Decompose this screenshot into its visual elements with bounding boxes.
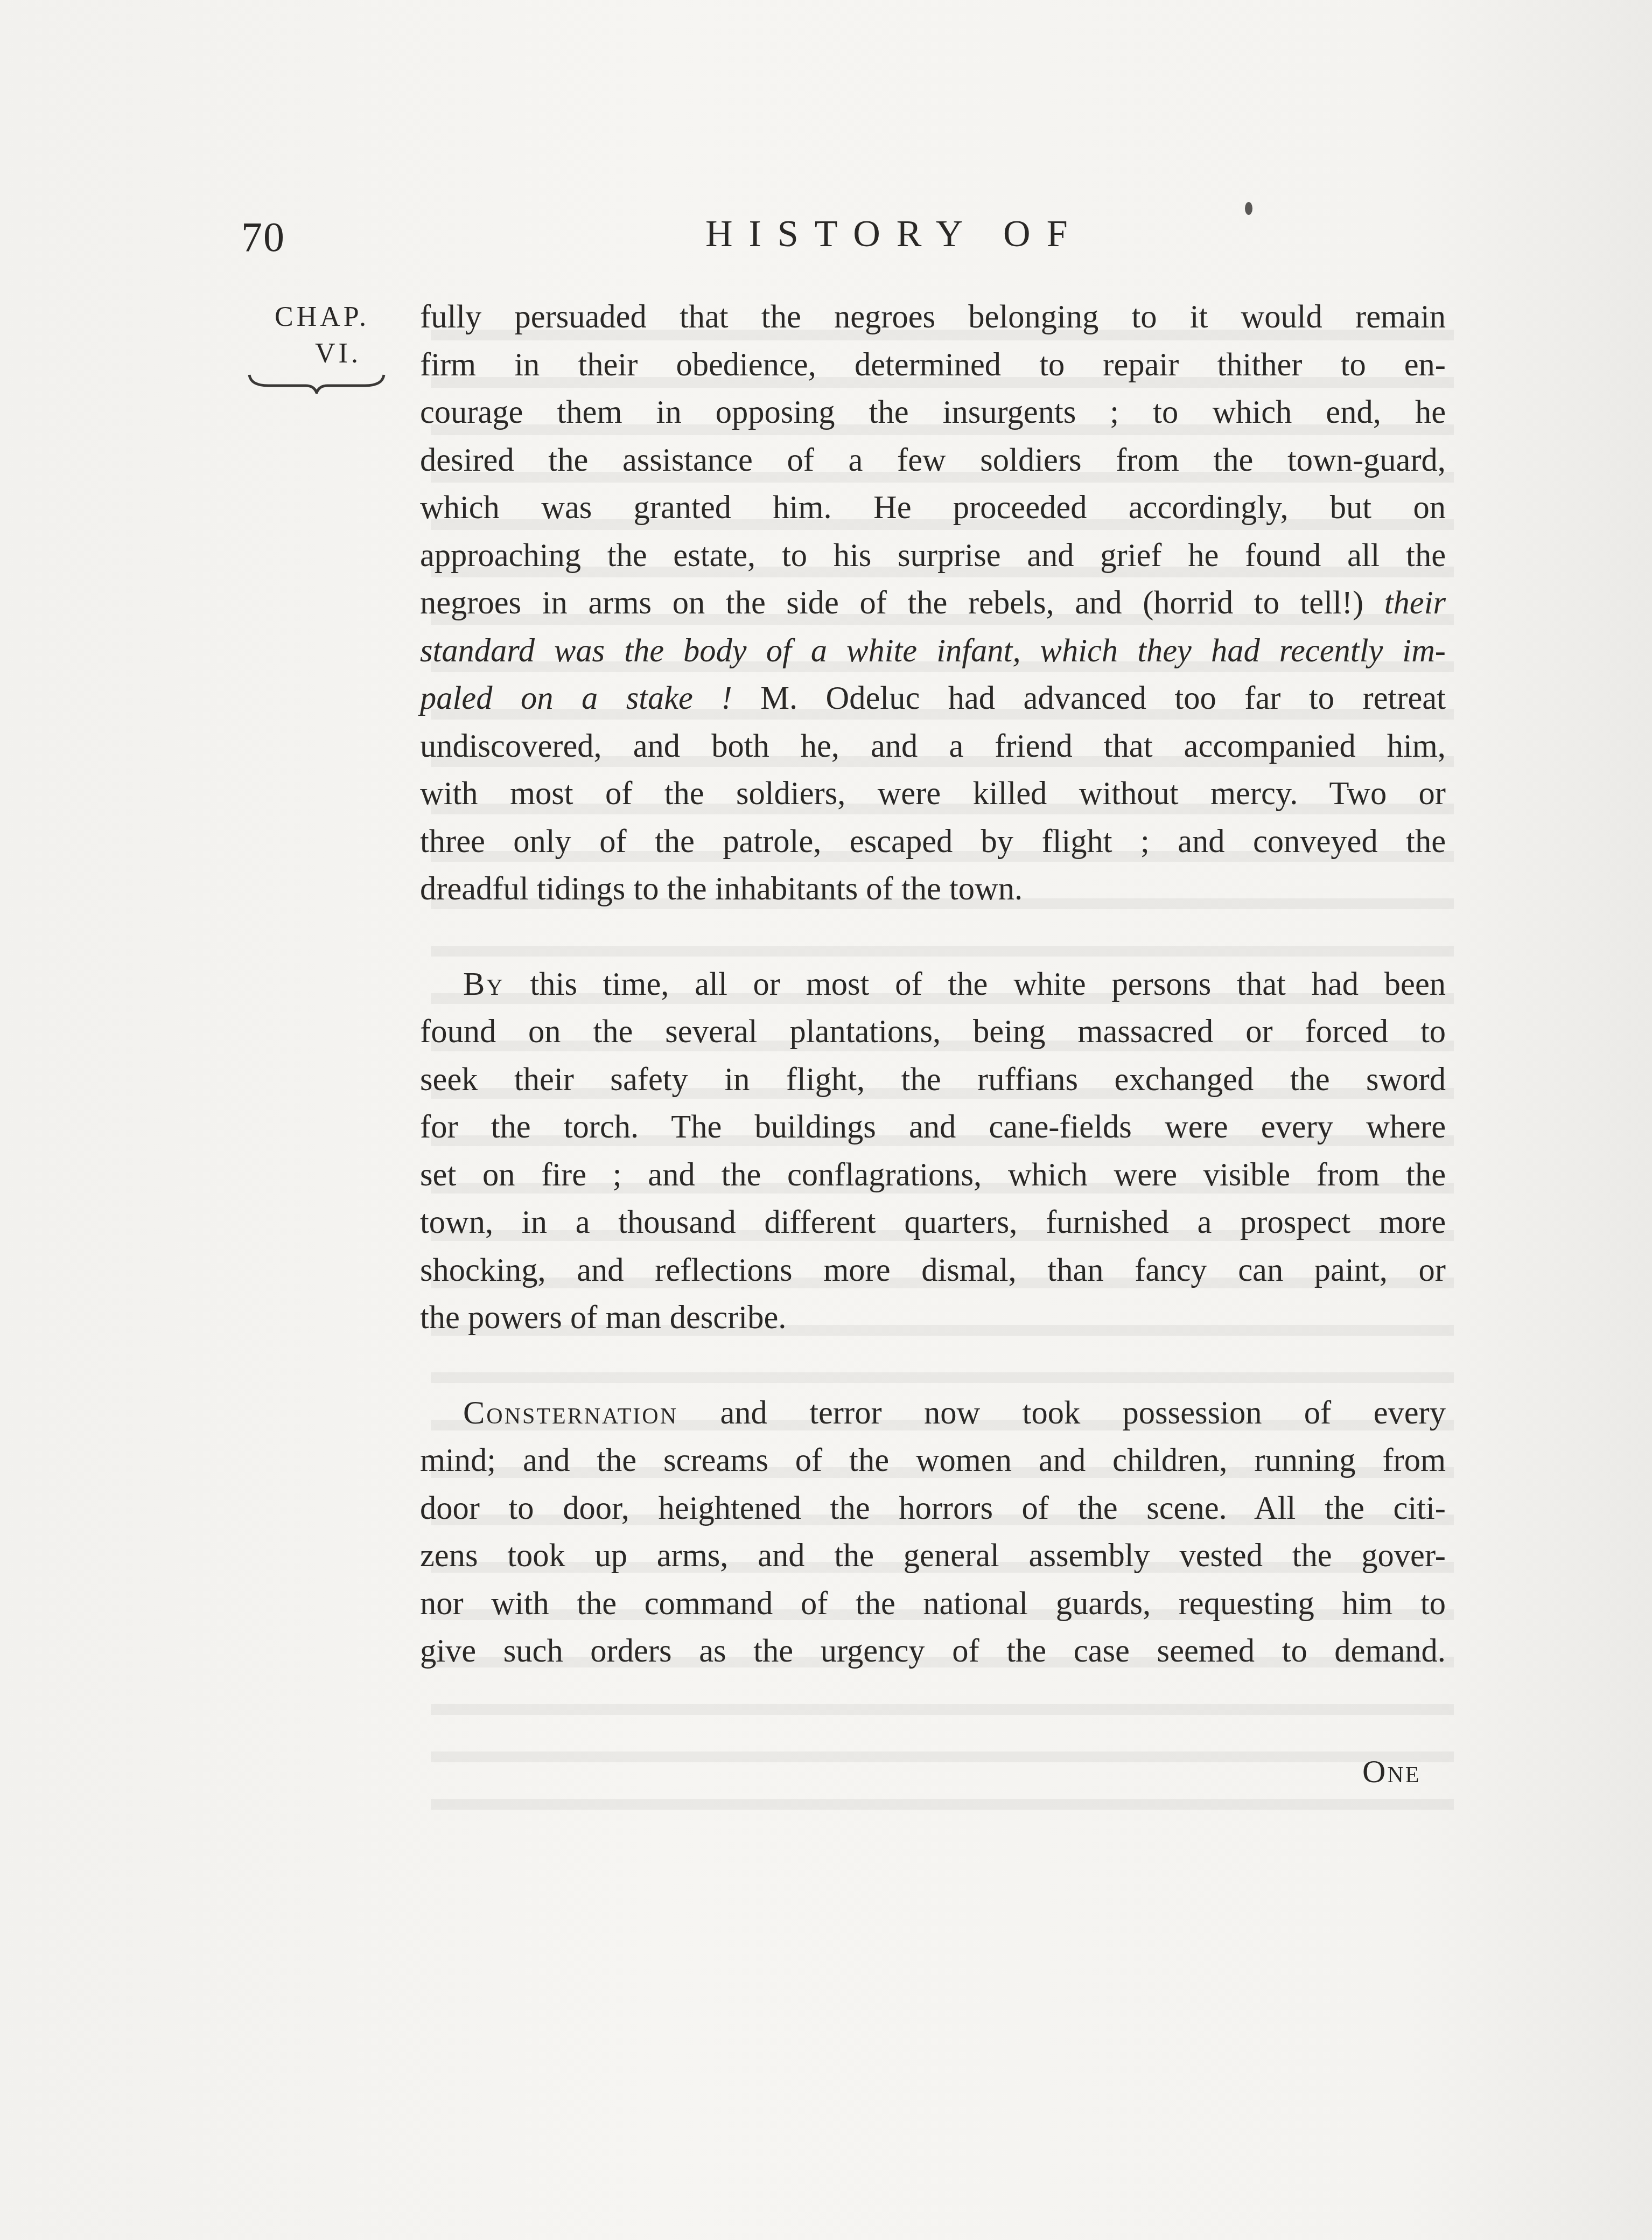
running-head: HISTORY OF — [705, 213, 1084, 256]
text-line: fully persuaded that the negroes belongi… — [420, 294, 1446, 341]
text-line: door to door, heightened the horrors of … — [420, 1485, 1446, 1533]
text-line: standard was the body of a white infant,… — [420, 627, 1446, 675]
text-line: town, in a thousand different quarters, … — [420, 1199, 1446, 1247]
text-line: found on the several plantations, being … — [420, 1008, 1446, 1056]
text-line: courage them in opposing the insurgents … — [420, 389, 1446, 437]
catchword: One — [1362, 1753, 1420, 1790]
book-page: 70 HISTORY OF CHAP. VI. fully persuaded … — [0, 0, 1652, 2240]
text-roman: and terror now took possession of every — [678, 1395, 1446, 1431]
chapter-label: CHAP. — [275, 302, 369, 332]
text-roman: negroes in arms on the side of the rebel… — [420, 585, 1384, 621]
text-italic: their — [1384, 585, 1446, 621]
lead-smallcaps: By — [463, 966, 505, 1002]
text-roman: this time, all or most of the white pers… — [505, 966, 1446, 1002]
chapter-number: VI. — [252, 336, 392, 372]
text-line: give such orders as the urgency of the c… — [420, 1628, 1446, 1676]
text-roman: M. Odeluc had advanced too far to retrea… — [732, 680, 1446, 716]
brace-ornament-icon — [247, 372, 387, 394]
page-number: 70 — [241, 213, 285, 261]
text-line: zens took up arms, and the general assem… — [420, 1532, 1446, 1580]
text-line: three only of the patrole, escaped by fl… — [420, 818, 1446, 866]
text-line: By this time, all or most of the white p… — [420, 961, 1446, 1009]
text-line: with most of the soldiers, were killed w… — [420, 770, 1446, 818]
paragraph-2: By this time, all or most of the white p… — [420, 961, 1446, 1342]
text-line: approaching the estate, to his surprise … — [420, 532, 1446, 580]
text-line: the powers of man describe. — [420, 1294, 1446, 1342]
text-line: set on fire ; and the conflagrations, wh… — [420, 1152, 1446, 1199]
ink-spot-mark — [1245, 202, 1252, 215]
paragraph-1: fully persuaded that the negroes belongi… — [420, 294, 1446, 913]
text-line: for the torch. The buildings and cane-fi… — [420, 1104, 1446, 1152]
body-text: fully persuaded that the negroes belongi… — [420, 294, 1446, 1723]
text-italic: standard was the body of a white infant,… — [420, 633, 1446, 669]
text-line: firm in their obedience, determined to r… — [420, 341, 1446, 389]
text-line: shocking, and reflections more dismal, t… — [420, 1247, 1446, 1295]
text-line: which was granted him. He proceeded acco… — [420, 484, 1446, 532]
text-line: Consternation and terror now took posses… — [420, 1390, 1446, 1437]
lead-smallcaps: Consternation — [463, 1395, 678, 1431]
text-line: negroes in arms on the side of the rebel… — [420, 580, 1446, 627]
text-line: nor with the command of the national gua… — [420, 1580, 1446, 1628]
chapter-side-note: CHAP. VI. — [252, 299, 392, 394]
text-line: desired the assistance of a few soldiers… — [420, 437, 1446, 485]
text-line: undiscovered, and both he, and a friend … — [420, 723, 1446, 771]
text-line: mind; and the screams of the women and c… — [420, 1437, 1446, 1485]
text-line: seek their safety in flight, the ruffian… — [420, 1056, 1446, 1104]
text-line: dreadful tidings to the inhabitants of t… — [420, 866, 1446, 913]
text-italic: paled on a stake ! — [420, 680, 732, 716]
paragraph-3: Consternation and terror now took posses… — [420, 1390, 1446, 1676]
text-line: paled on a stake ! M. Odeluc had advance… — [420, 675, 1446, 723]
